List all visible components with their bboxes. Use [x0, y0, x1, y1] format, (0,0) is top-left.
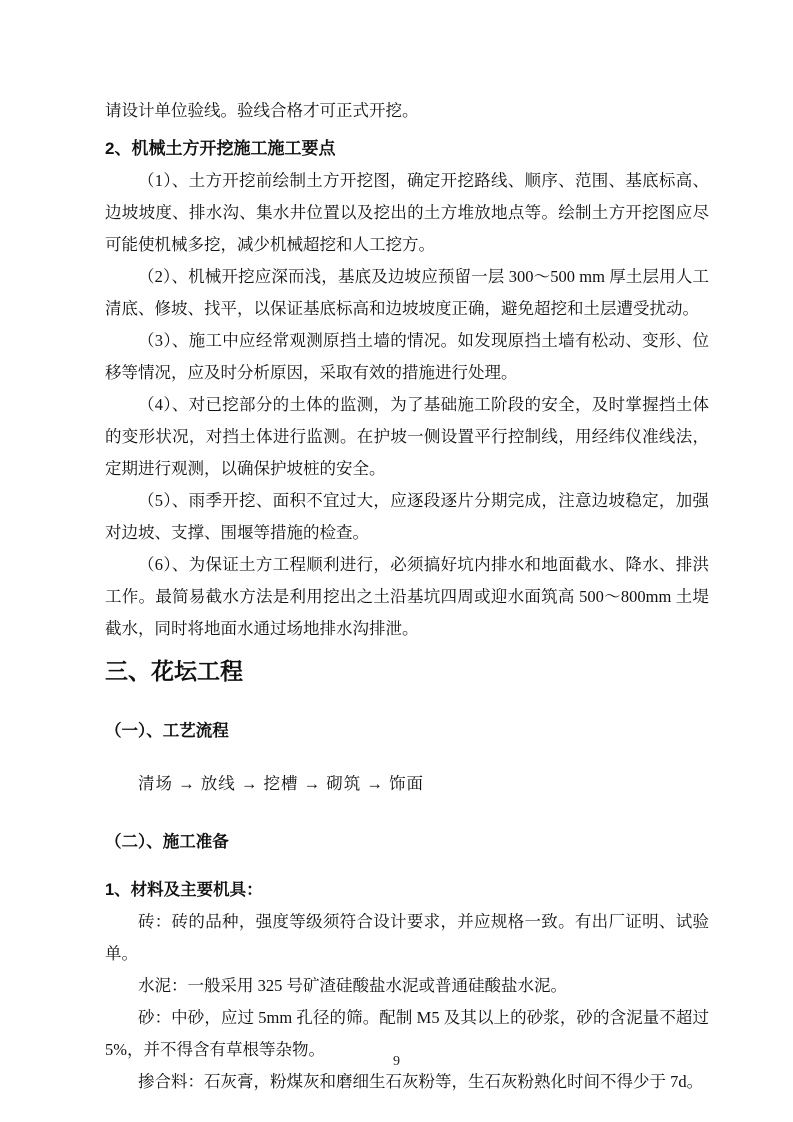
section2-item-3: （3）、施工中应经常观测原挡土墙的情况。如发现原挡土墙有松动、变形、位移等情况，…: [105, 325, 709, 389]
section3-sub1-heading: （一）、工艺流程: [105, 715, 709, 747]
section2-item-5: （5）、雨季开挖、面积不宜过大，应逐段逐片分期完成，注意边坡稳定，加强对边坡、支…: [105, 485, 709, 549]
section3-sub2-heading: （二）、施工准备: [105, 826, 709, 858]
section3-heading: 三、花坛工程: [105, 653, 709, 689]
document-page: 请设计单位验线。验线合格才可正式开挖。 2、机械土方开挖施工施工要点 （1）、土…: [0, 0, 793, 1122]
process-flow: 清场 → 放线 → 挖槽 → 砌筑 → 饰面: [105, 768, 709, 800]
section2-item-6: （6）、为保证土方工程顺利进行，必须搞好坑内排水和地面截水、降水、排洪工作。最简…: [105, 549, 709, 645]
page-number: 9: [0, 1052, 793, 1072]
section2-item-2: （2）、机械开挖应深而浅，基底及边坡应预留一层 300～500 mm 厚土层用人…: [105, 261, 709, 325]
section2-item-1: （1）、土方开挖前绘制土方开挖图，确定开挖路线、顺序、范围、基底标高、边坡坡度、…: [105, 165, 709, 261]
intro-paragraph: 请设计单位验线。验线合格才可正式开挖。: [105, 95, 709, 127]
section2-heading: 2、机械土方开挖施工施工要点: [105, 133, 709, 165]
material-cement: 水泥：一般采用 325 号矿渣硅酸盐水泥或普通硅酸盐水泥。: [105, 970, 709, 1002]
material-brick: 砖：砖的品种，强度等级须符合设计要求，并应规格一致。有出厂证明、试验单。: [105, 906, 709, 970]
materials-heading: 1、材料及主要机具：: [105, 874, 709, 906]
section2-item-4: （4）、对已挖部分的土体的监测，为了基础施工阶段的安全，及时掌握挡土体的变形状况…: [105, 389, 709, 485]
